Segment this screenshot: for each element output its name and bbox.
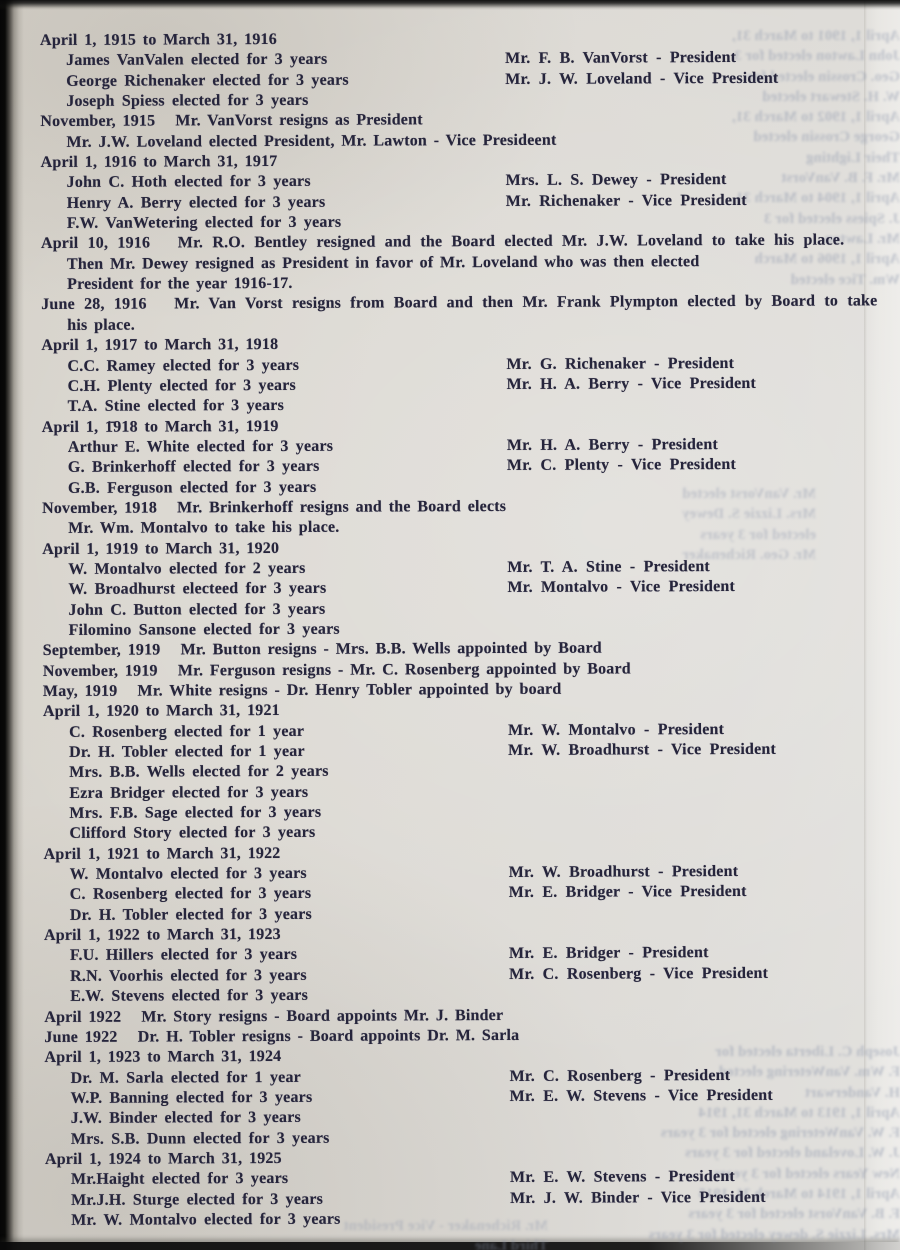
line-left-text: Then Mr. Dewey resigned as President in … bbox=[67, 253, 699, 273]
line-left-text: President for the year 1916-17. bbox=[67, 275, 293, 293]
line-right-text: Mr. E. Bridger - Vice President bbox=[509, 882, 747, 903]
line-left-text: W. Montalvo elected for 2 years bbox=[68, 560, 305, 578]
line-right-text: Mr. W. Montalvo - President bbox=[508, 720, 724, 741]
line-right-text: Mr. H. A. Berry - Vice President bbox=[507, 374, 757, 395]
line-left-text: April 1922 Mr. Story resigns - Board app… bbox=[44, 1006, 503, 1025]
line-left-text: Mrs. S.B. Dunn elected for 3 years bbox=[71, 1129, 330, 1147]
line-left-text: April 1, 1915 to March 31, 1916 bbox=[40, 31, 277, 49]
line-left-text: June 1922 Dr. H. Tobler resigns - Board … bbox=[44, 1027, 519, 1046]
line-left-text: June 28, 1916 Mr. Van Vorst resigns from… bbox=[41, 293, 877, 314]
line-left-text: W.P. Banning elected for 3 years bbox=[71, 1089, 313, 1107]
line-left-text: April 1, 1924 to March 31, 1925 bbox=[45, 1150, 282, 1168]
line-right-text: Mr. G. Richenaker - President bbox=[506, 353, 734, 374]
line-left-text: April 1, 1917 to March 31, 1918 bbox=[41, 336, 278, 354]
line-left-text: April 1, 1923 to March 31, 1924 bbox=[44, 1048, 281, 1066]
line-left-text: May, 1919 Mr. White resigns - Dr. Henry … bbox=[43, 681, 562, 700]
line-left-text: Mrs. B.B. Wells elected for 2 years bbox=[69, 763, 329, 781]
line-left-text: C. Rosenberg elected for 3 years bbox=[70, 885, 312, 903]
document-line: Mr. W. Montalvo elected for 3 years bbox=[5, 1207, 900, 1231]
line-right-text: Mr. W. Broadhurst - Vice President bbox=[508, 740, 776, 762]
line-right-text: Mr. E. W. Stevens - President bbox=[510, 1167, 735, 1188]
line-left-text: Dr. H. Tobler elected for 3 years bbox=[70, 906, 312, 924]
line-left-text: his place. bbox=[67, 316, 135, 333]
line-right-text: Mr. C. Rosenberg - Vice President bbox=[509, 964, 768, 985]
line-right-text: Mr. F. B. VanVorst - President bbox=[505, 48, 736, 69]
line-left-text: W. Broadhurst electeed for 3 years bbox=[68, 580, 326, 598]
line-left-text: G. Brinkerhoff elected for 3 years bbox=[68, 458, 320, 476]
line-left-text: F.W. VanWetering elected for 3 years bbox=[67, 214, 342, 232]
line-right-text: Mrs. L. S. Dewey - President bbox=[506, 170, 727, 191]
line-left-text: J.W. Binder elected for 3 years bbox=[71, 1109, 301, 1127]
line-left-text: April 1, 1921 to March 31, 1922 bbox=[44, 845, 281, 863]
line-left-text: T.A. Stine elected for 3 years bbox=[68, 397, 284, 415]
line-right-text: Mr. C. Rosenberg - President bbox=[510, 1066, 731, 1087]
line-right-text: Mr. Montalvo - Vice President bbox=[507, 577, 735, 598]
line-left-text: Mr. Wm. Montalvo to take his place. bbox=[68, 519, 339, 537]
line-left-text: Arthur E. White elected for 3 years bbox=[68, 438, 333, 456]
line-left-text: Mr.J.H. Sturge elected for 3 years bbox=[71, 1190, 323, 1208]
line-left-text: November, 1918 Mr. Brinkerhoff resigns a… bbox=[42, 498, 506, 517]
line-left-text: November, 1919 Mr. Ferguson resigns - Mr… bbox=[43, 660, 631, 680]
line-right-text: Mr. J. W. Binder - Vice President bbox=[510, 1187, 766, 1208]
line-left-text: April 1, 1̄918 to March 31, 1919 bbox=[42, 417, 279, 435]
line-left-text: R.N. Voorhis elected for 3 years bbox=[70, 967, 307, 985]
line-left-text: Dr. M. Sarla elected for 1 year bbox=[71, 1068, 301, 1086]
line-left-text: April 1, 1920 to March 31, 1921 bbox=[43, 702, 280, 720]
line-left-text: C.C. Ramey elected for 3 years bbox=[67, 356, 299, 374]
line-left-text: Mr. W. Montalvo elected for 3 years bbox=[71, 1211, 340, 1229]
line-left-text: C.H. Plenty elected for 3 years bbox=[68, 377, 296, 395]
line-left-text: James VanValen elected for 3 years bbox=[66, 51, 327, 69]
page-top-shadow bbox=[0, 0, 900, 10]
line-left-text: Mr.Haight elected for 3 years bbox=[71, 1170, 288, 1188]
line-left-text: Dr. H. Tobler elected for 1 year bbox=[69, 743, 305, 761]
line-left-text: C. Rosenberg elected for 1 year bbox=[69, 723, 304, 741]
line-right-text: Mr. E. W. Stevens - Vice President bbox=[510, 1086, 773, 1107]
line-left-text: John C. Button elected for 3 years bbox=[68, 600, 325, 618]
line-left-text: November, 1915 Mr. VanVorst resigns as P… bbox=[40, 112, 422, 131]
line-left-text: September, 1919 Mr. Button resigns - Mrs… bbox=[43, 640, 602, 659]
line-left-text: W. Montalvo elected for 3 years bbox=[70, 865, 307, 883]
line-left-text: George Richenaker elected for 3 years bbox=[66, 71, 349, 89]
line-left-text: April 1, 1919 to March 31, 1920 bbox=[42, 540, 279, 558]
line-right-text: Mr. H. A. Berry - President bbox=[507, 435, 718, 456]
line-left-text: April 10, 1916 Mr. R.O. Bentley resigned… bbox=[41, 232, 844, 253]
scanned-page: April 1, 1901 to March 31,John Lawton el… bbox=[0, 0, 900, 1250]
line-right-text: Mr. E. Bridger - President bbox=[509, 944, 709, 965]
line-left-text: Mrs. F.B. Sage elected for 3 years bbox=[69, 804, 321, 822]
document-content: April 1, 1915 to March 31, 1916 James Va… bbox=[0, 27, 900, 1231]
line-left-text: Clifford Story elected for 3 years bbox=[69, 824, 315, 842]
line-right-text: Mr. T. A. Stine - President bbox=[507, 557, 710, 578]
line-left-text: April 1, 1922 to March 31, 1923 bbox=[44, 926, 281, 944]
line-left-text: G.B. Ferguson elected for 3 years bbox=[68, 478, 316, 496]
line-right-text: Mr. W. Broadhurst - President bbox=[509, 862, 739, 883]
bleedthrough-line: Third Lane bbox=[212, 1236, 548, 1250]
line-left-text: F.U. Hillers elected for 3 years bbox=[70, 946, 297, 964]
page-bottom-shadow bbox=[0, 1242, 900, 1250]
line-left-text: John C. Hoth elected for 3 years bbox=[67, 173, 311, 191]
line-left-text: Henry A. Berry elected for 3 years bbox=[67, 194, 326, 212]
line-left-text: Joseph Spiess elected for 3 years bbox=[66, 92, 308, 110]
line-left-text: Mr. J.W. Loveland elected President, Mr.… bbox=[66, 131, 556, 150]
line-left-text: E.W. Stevens elected for 3 years bbox=[70, 987, 308, 1005]
line-right-text: Mr. C. Plenty - Vice President bbox=[507, 455, 736, 476]
line-right-text: Mr. J. W. Loveland - Vice President bbox=[505, 68, 778, 90]
line-left-text: Filomino Sansone elected for 3 years bbox=[69, 621, 340, 639]
line-right-text: Mr. Richenaker - Vice President bbox=[506, 191, 747, 212]
line-left-text: Ezra Bridger elected for 3 years bbox=[69, 784, 308, 802]
line-left-text: April 1, 1916 to March 31, 1917 bbox=[41, 153, 278, 171]
